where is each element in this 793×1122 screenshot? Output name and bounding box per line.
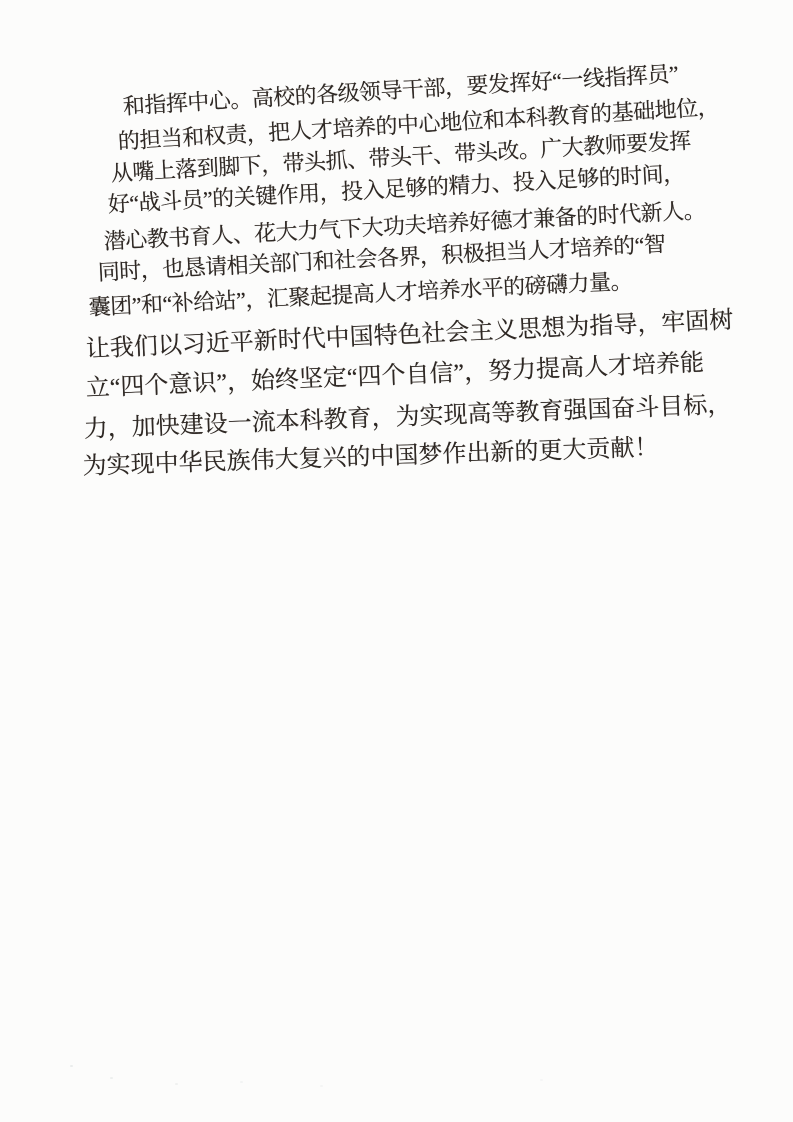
document-text-block: 和指挥中心。高校的各级领导干部，要发挥好“一线指挥员” 的担当和权责，把人才培养… xyxy=(0,0,793,1122)
scan-noise xyxy=(70,1065,73,1067)
scanned-page: 和指挥中心。高校的各级领导干部，要发挥好“一线指挥员” 的担当和权责，把人才培养… xyxy=(0,0,793,1122)
